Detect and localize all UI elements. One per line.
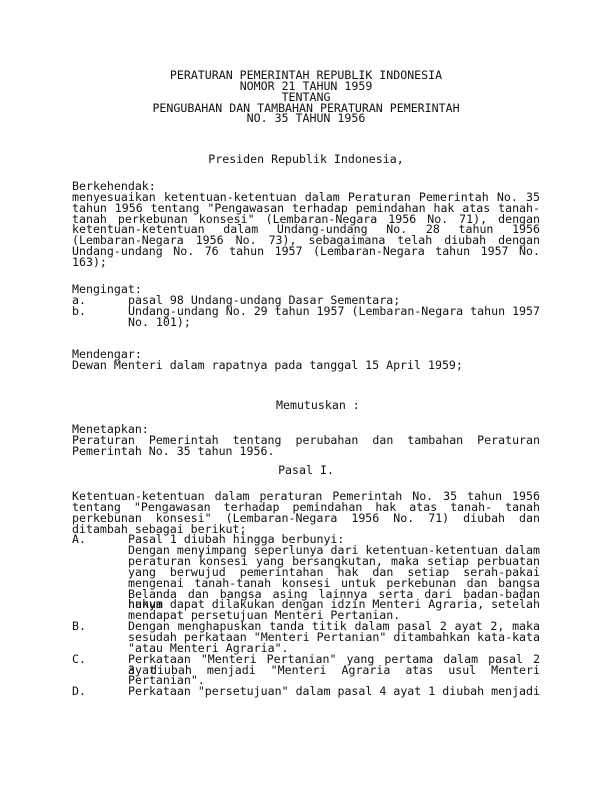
document-title: PERATURAN PEMERINTAH REPUBLIK INDONESIA … [72,70,540,124]
list-item: b. Undang-undang No. 29 tahun 1957 (Lemb… [72,306,540,328]
president-line: Presiden Republik Indonesia, [72,154,540,165]
list-marker: C. [72,654,86,665]
list-marker: B. [72,621,86,632]
paragraph-line: Pemerintah No. 35 tahun 1956. [72,446,540,457]
paragraph-line: Dewan Menteri dalam rapatnya pada tangga… [72,360,540,371]
list-item-text: No. 101); [128,317,540,328]
memutuskan-heading: Memutuskan : [72,400,540,411]
list-item-a: A. Pasal 1 diubah hingga berbunyi: Denga… [72,534,540,621]
list-item-b: B. Dengan menghapuskan tanda titik dalam… [72,621,540,654]
paragraph-line: 163); [72,257,540,268]
section-mendengar: Mendengar: Dewan Menteri dalam rapatnya … [72,349,540,371]
president-text: Presiden Republik Indonesia, [72,154,540,165]
section-menetapkan: Menetapkan: Peraturan Pemerintah tentang… [72,424,540,457]
list-item-text: Perkataan "persetujuan" dalam pasal 4 ay… [128,686,540,697]
section-memutuskan: Memutuskan : [72,400,540,411]
section-mengingat: Mengingat: a. pasal 98 Undang-undang Das… [72,284,540,327]
title-subject-number: NO. 35 TAHUN 1956 [72,113,540,124]
pasal-heading: Pasal I. [72,465,540,476]
list-marker: A. [72,534,86,545]
paragraph-line: Undang-undang No. 76 tahun 1957 (Lembara… [72,246,540,257]
section-pasal-body: Ketentuan-ketentuan dalam peraturan Peme… [72,491,540,697]
document-page: PERATURAN PEMERINTAH REPUBLIK INDONESIA … [0,0,612,792]
list-marker: b. [72,306,86,317]
list-item-d: D. Perkataan "persetujuan" dalam pasal 4… [72,686,540,697]
list-item-c: C. Perkataan "Menteri Pertanian" yang pe… [72,654,540,687]
pasal-title: Pasal I. [72,465,540,476]
list-marker: D. [72,686,86,697]
section-berkehendak: Berkehendak: menyesuaikan ketentuan-kete… [72,181,540,268]
